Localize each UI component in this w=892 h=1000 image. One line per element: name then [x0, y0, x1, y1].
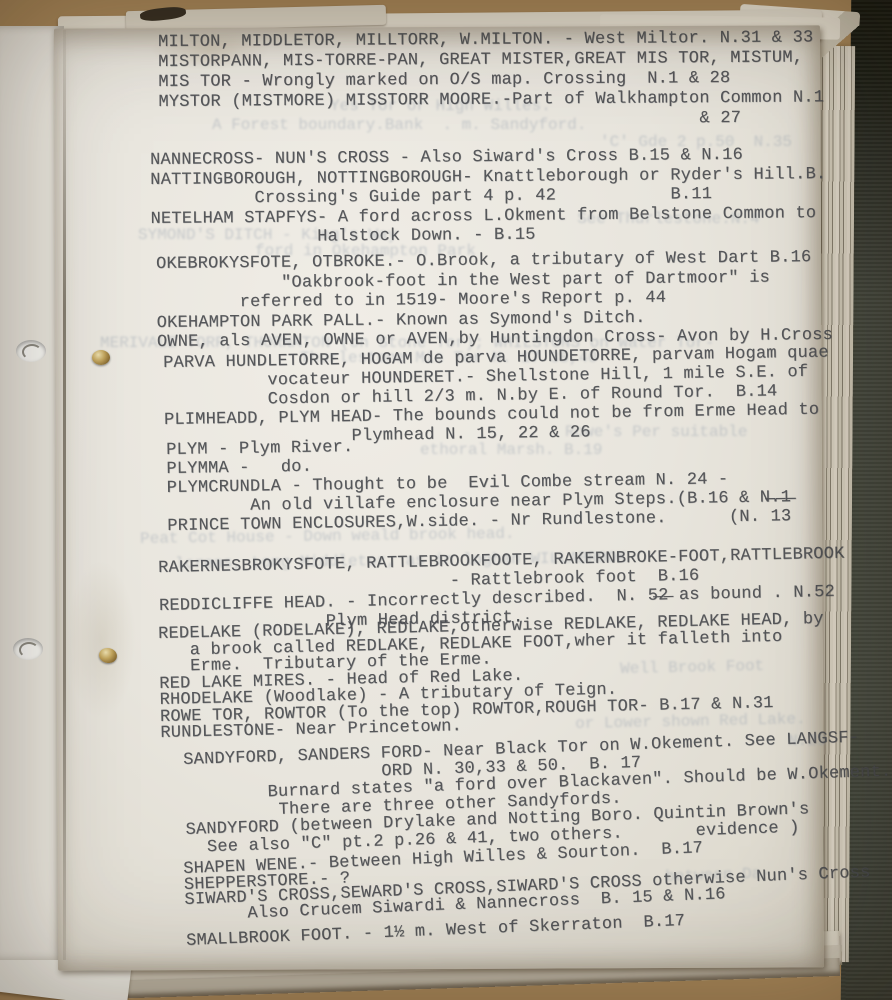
paper-stain [66, 560, 136, 720]
entry-group-okebrokysfote: OKEBROKYSFOTE, OTBROKE.- O.Brook, a trib… [156, 248, 833, 353]
entry-group-milton: MILTON, MIDDLETOR, MILLTORR, W.MILTON. -… [158, 28, 824, 133]
page-crease [63, 30, 66, 960]
entry-group-nannecross: NANNECROSS- NUN'S CROSS - Also Siward's … [150, 145, 827, 248]
entry-group-redelake: REDELAKE (RODELAKE), REDLAKE,otherwise R… [158, 612, 826, 743]
punch-hole [16, 340, 46, 362]
entry-group-plym: PLYM - Plym River. PLYMMA - do. PLYMCRUN… [166, 431, 792, 536]
punch-hole [13, 638, 43, 660]
photo-of-typescript-page: Yes Tor or High Willes. A Forest boundar… [0, 0, 892, 1000]
brass-fastener [92, 350, 110, 365]
